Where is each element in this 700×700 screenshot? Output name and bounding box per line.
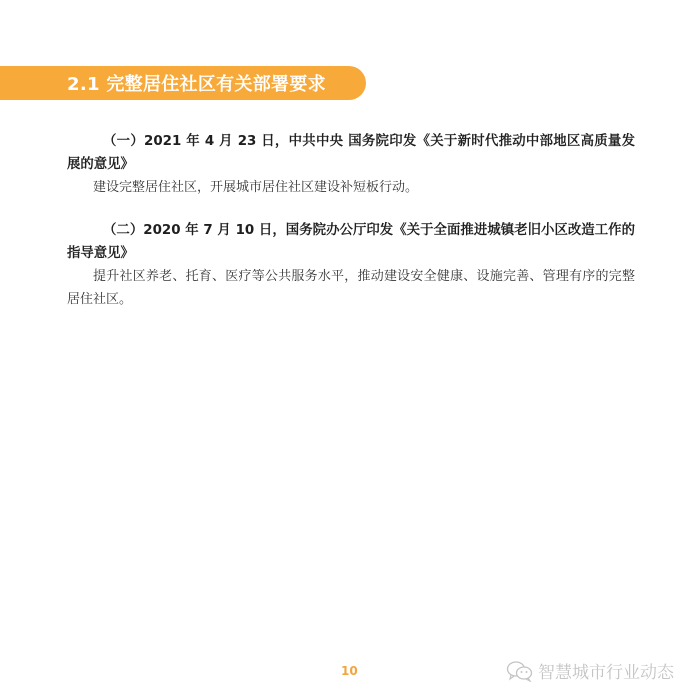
page-number: 10 [341, 664, 358, 678]
section-title: 2.1 完整居住社区有关部署要求 [67, 70, 326, 96]
policy-heading: （二）2020 年 7 月 10 日，国务院办公厅印发《关于全面推进城镇老旧小区… [67, 219, 635, 265]
watermark: 智慧城市行业动态 [506, 658, 674, 683]
policy-section-2: （二）2020 年 7 月 10 日，国务院办公厅印发《关于全面推进城镇老旧小区… [67, 219, 635, 311]
policy-body: 提升社区养老、托育、医疗等公共服务水平，推动建设安全健康、设施完善、管理有序的完… [67, 265, 635, 311]
policy-body: 建设完整居住社区，开展城市居住社区建设补短板行动。 [67, 176, 635, 199]
document-content: （一）2021 年 4 月 23 日，中共中央 国务院印发《关于新时代推动中部地… [67, 130, 635, 331]
section-title-banner: 2.1 完整居住社区有关部署要求 [0, 66, 366, 100]
policy-heading: （一）2021 年 4 月 23 日，中共中央 国务院印发《关于新时代推动中部地… [67, 130, 635, 176]
wechat-icon [506, 660, 534, 682]
policy-section-1: （一）2021 年 4 月 23 日，中共中央 国务院印发《关于新时代推动中部地… [67, 130, 635, 199]
watermark-text: 智慧城市行业动态 [538, 658, 674, 683]
